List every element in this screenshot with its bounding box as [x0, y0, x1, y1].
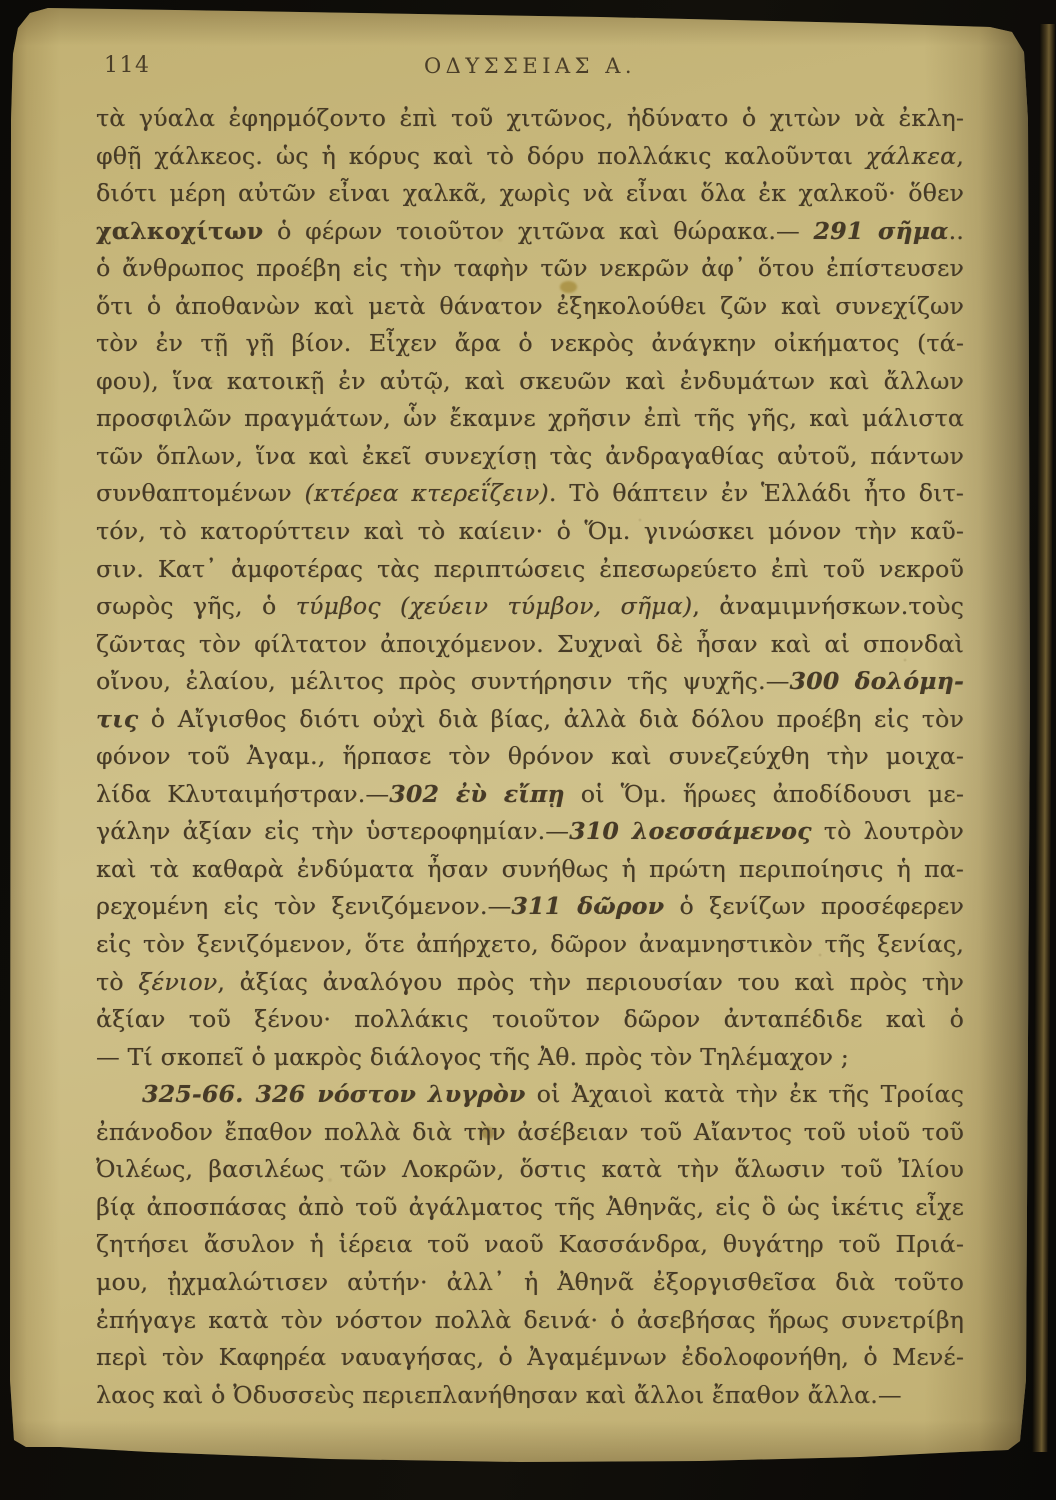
text-line: ἐπήγαγε κατὰ τὸν νόστον πολλὰ δεινά· ὁ ἀ… [96, 1302, 964, 1340]
body-text-segment: φου), ἵνα κατοικῇ ἐν αὐτῷ, καὶ σκευῶν κα… [96, 367, 964, 395]
body-text-segment: οἱ Ἀχαιοὶ κατὰ τὴν ἐκ τῆς Τροίας [525, 1080, 964, 1108]
lemma-text: ξένιον [138, 968, 217, 996]
commentary-text: τὰ γύαλα ἐφηρμόζοντο ἐπὶ τοῦ χιτῶνος, ἠδ… [96, 100, 964, 1414]
page-left-shadow [0, 0, 60, 1500]
text-line: χαλκοχίτων ὁ φέρων τοιοῦτον χιτῶνα καὶ θ… [96, 213, 964, 251]
body-text-segment: σιν. Κατ᾽ ἀμφοτέρας τὰς περιπτώσεις ἐπεσ… [96, 555, 964, 583]
body-text-segment: φθῇ χάλκεος. ὡς ἡ κόρυς καὶ τὸ δόρυ πολλ… [96, 142, 866, 170]
body-text-segment: καὶ τὰ καθαρὰ ἐνδύματα ἦσαν συνήθως ἡ πρ… [96, 855, 964, 883]
text-line: ρεχομένη εἰς τὸν ξενιζόμενον.—311 δῶρον … [96, 888, 964, 926]
body-text-segment: ὁ ἄνθρωπος προέβη εἰς τὴν ταφὴν τῶν νεκρ… [96, 254, 964, 282]
text-line: ὁ ἄνθρωπος προέβη εἰς τὴν ταφὴν τῶν νεκρ… [96, 250, 964, 288]
text-line: ζητήσει ἄσυλον ἡ ἱέρεια τοῦ ναοῦ Κασσάνδ… [96, 1226, 964, 1264]
body-text-segment: σωρὸς γῆς, ὁ [96, 592, 296, 620]
body-text-segment: ὁ Αἴγισθος διότι οὐχὶ διὰ βίας, ἀλλὰ διὰ… [138, 705, 964, 733]
body-text-segment: — Τί σκοπεῖ ὁ μακρὸς διάλογος τῆς Ἀθ. πρ… [96, 1043, 849, 1071]
text-line: Ὀιλέως, βασιλέως τῶν Λοκρῶν, ὅστις κατὰ … [96, 1151, 964, 1189]
body-text-segment: ἀξίαν τοῦ ξένου· πολλάκις τοιοῦτον δῶρον… [96, 1005, 964, 1039]
lemma-text: 325-66. 326 νόστον λυγρὸν [142, 1080, 525, 1108]
lemma-text: 310 λοεσσάμενος [569, 817, 812, 845]
body-text-segment: ἐπήγαγε κατὰ τὸν νόστον πολλὰ δεινά· ὁ ἀ… [96, 1306, 964, 1334]
text-line: φόνον τοῦ Ἀγαμ., ἥρπασε τὸν θρόνον καὶ σ… [96, 738, 964, 776]
body-text-segment: οἱ Ὅμ. ἥρωες ἀποδίδουσι με- [565, 780, 964, 808]
text-line: οἴνου, ἐλαίου, μέλιτος πρὸς συντήρησιν τ… [96, 663, 964, 701]
text-line: — Τί σκοπεῖ ὁ μακρὸς διάλογος τῆς Ἀθ. πρ… [96, 1039, 964, 1077]
body-text-segment: τὸ λουτρὸν [812, 817, 964, 845]
page-bottom-shadow [0, 1420, 1056, 1470]
lemma-text: (κτέρεα κτερεΐζειν) [304, 479, 548, 507]
body-text-segment: τῶν ὅπλων, ἵνα καὶ ἐκεῖ συνεχίσῃ τὰς ἀνδ… [96, 442, 964, 470]
text-line: προσφιλῶν πραγμάτων, ὧν ἔκαμνε χρῆσιν ἐπ… [96, 400, 964, 438]
body-text-segment: τὰ γύαλα ἐφηρμόζοντο ἐπὶ τοῦ χιτῶνος, ἠδ… [96, 104, 964, 132]
body-text-segment: λαος καὶ ὁ Ὀδυσσεὺς περιεπλανήθησαν καὶ … [96, 1381, 902, 1409]
text-line: φου), ἵνα κατοικῇ ἐν αὐτῷ, καὶ σκευῶν κα… [96, 363, 964, 401]
text-line: μου, ᾐχμαλώτισεν αὐτήν· ἀλλ᾽ ἡ Ἀθηνᾶ ἐξο… [96, 1264, 964, 1302]
body-text-segment: ὅτι ὁ ἀποθανὼν καὶ μετὰ θάνατον ἐξηκολού… [96, 292, 964, 320]
text-line: ὅτι ὁ ἀποθανὼν καὶ μετὰ θάνατον ἐξηκολού… [96, 288, 964, 326]
body-text-segment: ζῶντας τὸν φίλτατον ἀποιχόμενον. Συχναὶ … [96, 630, 964, 658]
book-page: 114 ΟΔΥΣΣΕΙΑΣ Α. τὰ γύαλα ἐφηρμόζοντο ἐπ… [0, 0, 1056, 1500]
text-line: λίδα Κλυταιμήστραν.—302 ἐὺ εἴπῃ οἱ Ὅμ. ἥ… [96, 776, 964, 814]
body-text-segment: τὸν ἐν τῇ γῇ βίον. Εἶχεν ἄρα ὁ νεκρὸς ἀν… [96, 329, 964, 357]
lemma-text: χαλκοχίτων [96, 217, 263, 245]
body-text-segment: .. [949, 217, 964, 245]
body-text-segment: , ἀξίας ἀναλόγου πρὸς τὴν περιουσίαν του… [217, 968, 964, 996]
text-line: περὶ τὸν Καφηρέα ναυαγήσας, ὁ Ἀγαμέμνων … [96, 1339, 964, 1377]
text-line: ζῶντας τὸν φίλτατον ἀποιχόμενον. Συχναὶ … [96, 626, 964, 664]
lemma-text: 311 δῶρον [511, 892, 664, 920]
body-text-segment: τὸ [96, 968, 138, 996]
text-line: γάλην ἀξίαν εἰς τὴν ὑστεροφημίαν.—310 λο… [96, 813, 964, 851]
text-line: τὰ γύαλα ἐφηρμόζοντο ἐπὶ τοῦ χιτῶνος, ἠδ… [96, 100, 964, 138]
body-text-segment: , ἀναμιμνήσκων.τοὺς [692, 592, 964, 620]
page-top-shadow [0, 0, 1056, 46]
text-line: τις ὁ Αἴγισθος διότι οὐχὶ διὰ βίας, ἀλλὰ… [96, 701, 964, 739]
body-text-segment: . Τὸ θάπτειν ἐν Ἑλλάδι ἦτο διτ- [549, 479, 964, 507]
text-line: τόν, τὸ κατορύττειν καὶ τὸ καίειν· ὁ Ὅμ.… [96, 513, 964, 551]
lemma-text: 291 σῆμα [814, 217, 949, 245]
body-text-segment: ζητήσει ἄσυλον ἡ ἱέρεια τοῦ ναοῦ Κασσάνδ… [96, 1230, 964, 1258]
body-text-segment: βίᾳ ἀποσπάσας ἀπὸ τοῦ ἀγάλματος τῆς Ἀθην… [96, 1193, 964, 1221]
body-text-segment: διότι μέρη αὐτῶν εἶναι χαλκᾶ, χωρὶς νὰ ε… [96, 179, 964, 207]
page-header: 114 ΟΔΥΣΣΕΙΑΣ Α. [96, 50, 964, 84]
text-line: σωρὸς γῆς, ὁ τύμβος (χεύειν τύμβον, σῆμα… [96, 588, 964, 626]
body-text-segment: εἰς τὸν ξενιζόμενον, ὅτε ἀπήρχετο, δῶρον… [96, 930, 964, 958]
body-text-segment: φόνον τοῦ Ἀγαμ., ἥρπασε τὸν θρόνον καὶ σ… [96, 742, 964, 770]
body-text-segment: συνθαπτομένων [96, 479, 304, 507]
body-text-segment: ἐπάνοδον ἔπαθον πολλὰ διὰ τὴν ἀσέβειαν τ… [96, 1118, 964, 1146]
body-text-segment: , [956, 142, 964, 170]
text-line: συνθαπτομένων (κτέρεα κτερεΐζειν). Τὸ θά… [96, 475, 964, 513]
lemma-text: 300 δολόμη- [790, 667, 964, 695]
body-text-segment: μου, ᾐχμαλώτισεν αὐτήν· ἀλλ᾽ ἡ Ἀθηνᾶ ἐξο… [96, 1268, 964, 1296]
text-line: 325-66. 326 νόστον λυγρὸν οἱ Ἀχαιοὶ κατὰ… [96, 1076, 964, 1114]
body-text-segment: Ὀιλέως, βασιλέως τῶν Λοκρῶν, ὅστις κατὰ … [96, 1155, 964, 1183]
body-text-segment: λίδα Κλυταιμήστραν.— [96, 780, 389, 808]
body-text-segment: περὶ τὸν Καφηρέα ναυαγήσας, ὁ Ἀγαμέμνων … [96, 1343, 964, 1371]
page-number: 114 [104, 53, 151, 78]
lemma-text: χάλκεα [866, 142, 956, 170]
text-line: λαος καὶ ὁ Ὀδυσσεὺς περιεπλανήθησαν καὶ … [96, 1377, 964, 1415]
body-text-segment: προσφιλῶν πραγμάτων, ὧν ἔκαμνε χρῆσιν ἐπ… [96, 404, 964, 432]
body-text-segment: οἴνου, ἐλαίου, μέλιτος πρὸς συντήρησιν τ… [96, 667, 790, 695]
scan-backdrop: 114 ΟΔΥΣΣΕΙΑΣ Α. τὰ γύαλα ἐφηρμόζοντο ἐπ… [0, 0, 1056, 1500]
text-line: τὸ ξένιον, ἀξίας ἀναλόγου πρὸς τὴν περιο… [96, 964, 964, 1002]
text-line: καὶ τὰ καθαρὰ ἐνδύματα ἦσαν συνήθως ἡ πρ… [96, 851, 964, 889]
body-text-segment: γάλην ἀξίαν εἰς τὴν ὑστεροφημίαν.— [96, 817, 569, 845]
lemma-text: τύμβος (χεύειν τύμβον, σῆμα) [296, 592, 693, 620]
running-title: ΟΔΥΣΣΕΙΑΣ Α. [424, 54, 636, 78]
body-text-segment: ρεχομένη εἰς τὸν ξενιζόμενον.— [96, 892, 511, 920]
text-line: ἀξίαν τοῦ ξένου· πολλάκις τοιοῦτον δῶρον… [96, 1001, 964, 1039]
text-line: εἰς τὸν ξενιζόμενον, ὅτε ἀπήρχετο, δῶρον… [96, 926, 964, 964]
text-line: σιν. Κατ᾽ ἀμφοτέρας τὰς περιπτώσεις ἐπεσ… [96, 551, 964, 589]
body-text-segment: τόν, τὸ κατορύττειν καὶ τὸ καίειν· ὁ Ὅμ.… [96, 517, 964, 545]
text-line: ἐπάνοδον ἔπαθον πολλὰ διὰ τὴν ἀσέβειαν τ… [96, 1114, 964, 1152]
text-line: τὸν ἐν τῇ γῇ βίον. Εἶχεν ἄρα ὁ νεκρὸς ἀν… [96, 325, 964, 363]
body-text-segment: ὁ φέρων τοιοῦτον χιτῶνα καὶ θώρακα.— [263, 217, 813, 245]
text-line: φθῇ χάλκεος. ὡς ἡ κόρυς καὶ τὸ δόρυ πολλ… [96, 138, 964, 176]
lemma-text: τις [96, 705, 138, 733]
lemma-text: 302 ἐὺ εἴπῃ [389, 780, 564, 808]
text-line: διότι μέρη αὐτῶν εἶναι χαλκᾶ, χωρὶς νὰ ε… [96, 175, 964, 213]
body-text-segment: ὁ ξενίζων προσέφερεν [664, 892, 964, 920]
adjacent-page-edge [1032, 24, 1054, 1452]
text-line: βίᾳ ἀποσπάσας ἀπὸ τοῦ ἀγάλματος τῆς Ἀθην… [96, 1189, 964, 1227]
text-line: τῶν ὅπλων, ἵνα καὶ ἐκεῖ συνεχίσῃ τὰς ἀνδ… [96, 438, 964, 476]
